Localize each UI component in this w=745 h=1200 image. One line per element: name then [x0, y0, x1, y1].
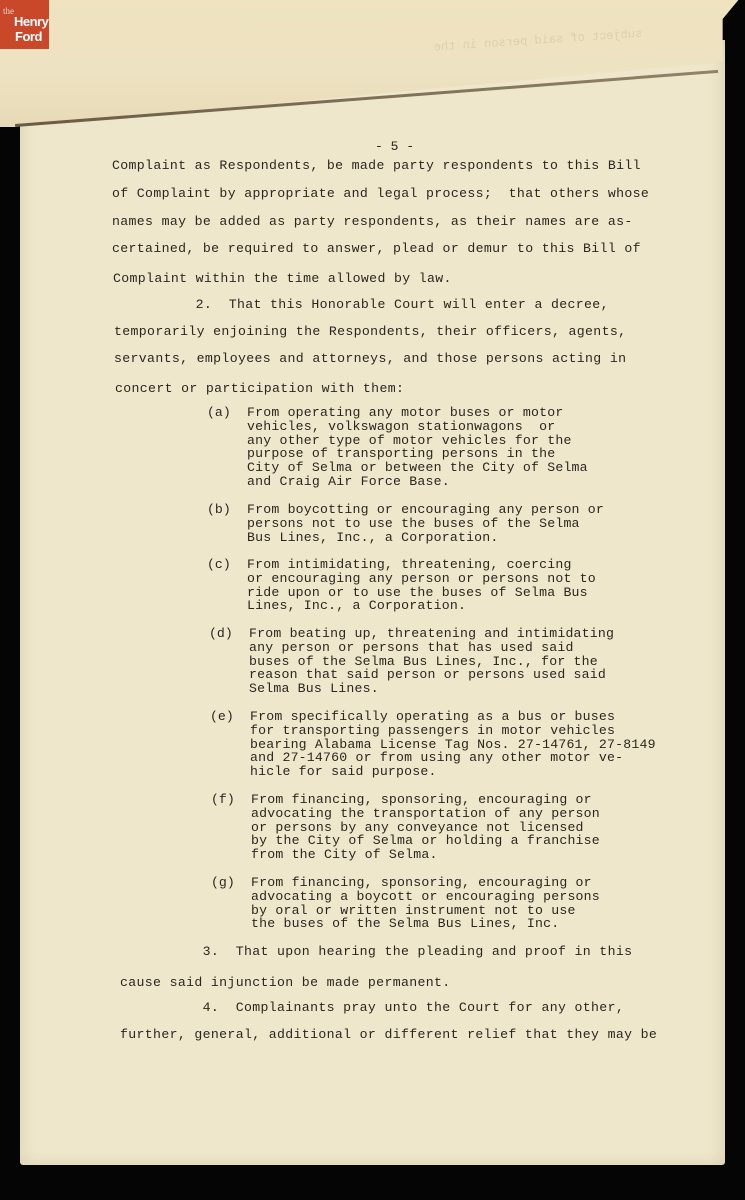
list-item-text: From beating up, threatening and intimid… [249, 627, 614, 696]
list-item-label: (f) [211, 793, 235, 807]
list-item-text: From intimidating, threatening, coercing… [247, 558, 596, 613]
paragraph-3-line: 3. That upon hearing the pleading and pr… [120, 944, 632, 959]
paragraph-2-line: servants, employees and attorneys, and t… [114, 351, 626, 366]
list-item-text: From financing, sponsoring, encouraging … [251, 876, 600, 931]
list-item-label: (a) [207, 406, 231, 420]
list-item-text: From specifically operating as a bus or … [250, 710, 656, 779]
document-text: - 5 - Complaint as Respondents, be made … [0, 0, 745, 1200]
list-item-label: (b) [207, 503, 231, 517]
list-item-text: From financing, sponsoring, encouraging … [251, 793, 600, 862]
list-item-text: From operating any motor buses or motor … [247, 406, 588, 489]
list-item-label: (e) [210, 710, 234, 724]
paragraph-1-line: Complaint as Respondents, be made party … [112, 158, 641, 173]
paragraph-2-line: temporarily enjoining the Respondents, t… [114, 324, 626, 339]
paragraph-1-line: certained, be required to answer, plead … [112, 241, 641, 256]
list-item-label: (c) [207, 558, 231, 572]
list-item-text: From boycotting or encouraging any perso… [247, 503, 604, 544]
paragraph-2-line: 2. That this Honorable Court will enter … [113, 297, 609, 312]
list-item-label: (d) [209, 627, 233, 641]
paragraph-3-line: cause said injunction be made permanent. [120, 975, 451, 990]
paragraph-1-line: of Complaint by appropriate and legal pr… [112, 186, 649, 201]
paragraph-4-line: 4. Complainants pray unto the Court for … [120, 1000, 624, 1015]
paragraph-1-line: Complaint within the time allowed by law… [113, 271, 452, 286]
page-number: - 5 - [375, 139, 414, 154]
paragraph-1-line: names may be added as party respondents,… [112, 214, 633, 229]
list-item-label: (g) [211, 876, 235, 890]
paragraph-2-line: concert or participation with them: [115, 381, 404, 396]
paragraph-4-line: further, general, additional or differen… [120, 1027, 657, 1042]
